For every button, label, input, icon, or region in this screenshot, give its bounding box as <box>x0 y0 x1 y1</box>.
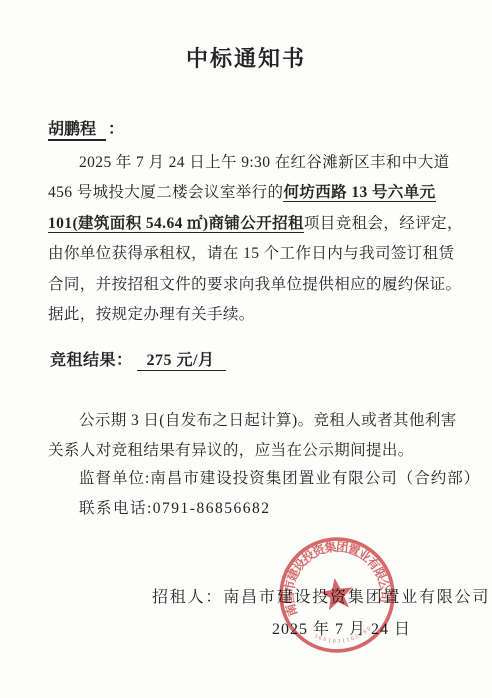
result-line: 竞租结果：275 元/月 <box>50 347 226 370</box>
result-label: 竞租结果： <box>50 352 133 369</box>
recipient-name: 胡鹏程 <box>48 121 106 141</box>
text-line: 据此，按规定办理有关手续。 <box>48 300 452 330</box>
phone-line: 联系电话:0791-86856682 <box>48 496 468 518</box>
text-line: 101(建筑面积 54.64 ㎡)商铺公开招租项目竞租会，经评定， <box>48 209 452 239</box>
text-segment: 2025 年 7 月 24 日上午 9:30 在红谷滩新区丰和中大道 <box>79 154 450 171</box>
text-line: 合同，并按招租文件的要求向我单位提供相应的履约保证。 <box>48 270 452 300</box>
supervisor-line: 监督单位:南昌市建设投资集团置业有限公司（合约部） <box>48 466 468 488</box>
document-page: 中标通知书 胡鹏程： 2025 年 7 月 24 日上午 9:30 在红谷滩新区… <box>0 0 492 698</box>
seal-svg: 南昌市建设投资集团置业有限公司 3601031165780 <box>268 526 406 664</box>
result-value: 275 元/月 <box>137 352 227 371</box>
emphasized-text: 101(建筑面积 54.64 ㎡)商铺公开招租 <box>48 215 304 233</box>
notice-paragraph: 公示期 3 日(自发布之日起计算)。竞租人或者其他利害关系人对竞租结果有异议的，… <box>48 406 452 467</box>
text-segment: 项目竞租会，经评定， <box>304 215 463 232</box>
text-segment: 据此，按规定办理有关手续。 <box>48 306 255 323</box>
document-title: 中标通知书 <box>0 42 492 73</box>
text-line: 2025 年 7 月 24 日上午 9:30 在红谷滩新区丰和中大道 <box>48 148 452 178</box>
salutation: 胡鹏程： <box>48 116 124 139</box>
main-paragraph: 2025 年 7 月 24 日上午 9:30 在红谷滩新区丰和中大道456 号城… <box>48 148 452 330</box>
salutation-colon: ： <box>108 121 124 138</box>
text-segment: 合同，并按招租文件的要求向我单位提供相应的履约保证。 <box>48 276 461 293</box>
text-line: 公示期 3 日(自发布之日起计算)。竞租人或者其他利害 <box>48 406 452 436</box>
emphasized-text: 何坊西路 13 号六单元 <box>283 184 435 202</box>
company-seal: 南昌市建设投资集团置业有限公司 3601031165780 <box>268 526 406 664</box>
text-segment: 由你单位获得承租权，请在 15 个工作日内与我司签订租赁 <box>48 245 454 262</box>
text-line: 由你单位获得承租权，请在 15 个工作日内与我司签订租赁 <box>48 239 452 269</box>
seal-star-icon <box>318 576 355 612</box>
text-line: 关系人对竞租结果有异议的，应当在公示期间提出。 <box>48 436 452 466</box>
text-segment: 公示期 3 日(自发布之日起计算)。竞租人或者其他利害 <box>79 412 457 429</box>
text-segment: 456 号城投大厦二楼会议室举行的 <box>48 184 283 201</box>
text-line: 456 号城投大厦二楼会议室举行的何坊西路 13 号六单元 <box>48 178 452 208</box>
text-segment: 关系人对竞租结果有异议的，应当在公示期间提出。 <box>48 442 414 459</box>
